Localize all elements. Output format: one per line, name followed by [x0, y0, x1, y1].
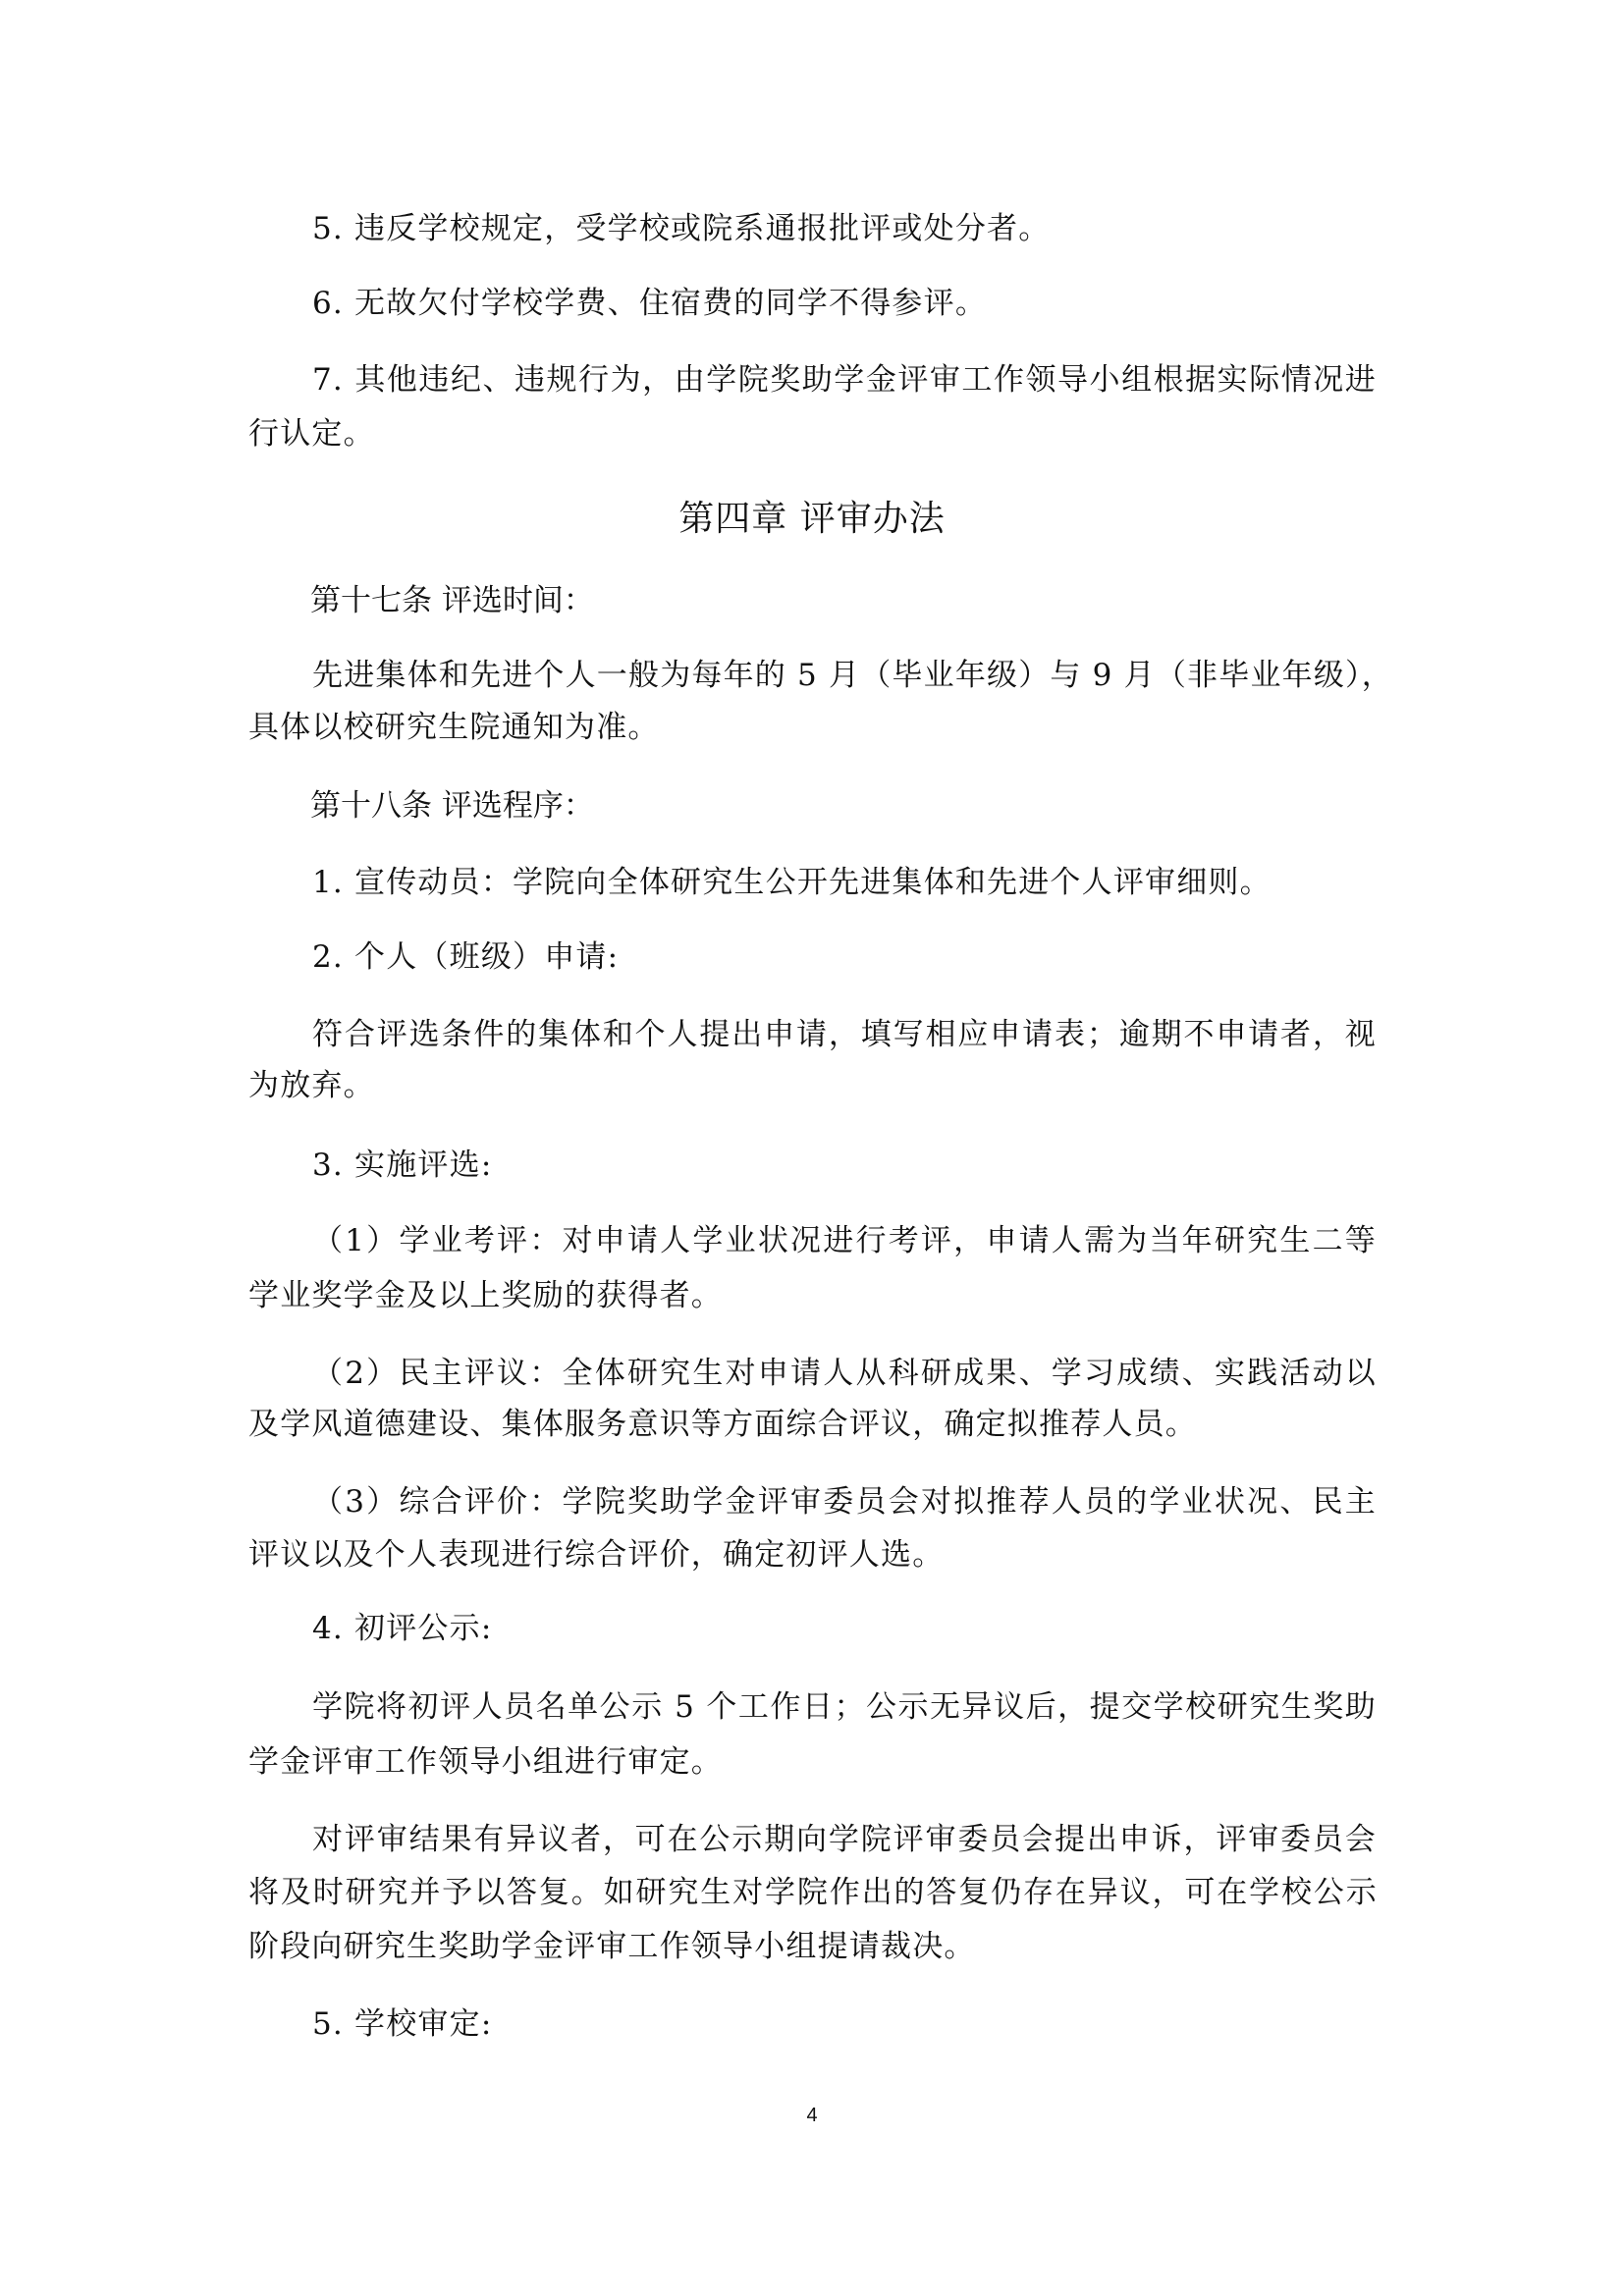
step-3-2-line-2: 及学风道德建设、集体服务意识等方面综合评议，确定拟推荐人员。 — [248, 1405, 1197, 1444]
step-3-1-line-1: （1）学业考评：对申请人学业状况进行考评，申请人需为当年研究生二等 — [312, 1221, 1377, 1260]
paragraph-item-7-line-1: 7. 其他违纪、违规行为，由学院奖助学金评审工作领导小组根据实际情况进 — [312, 360, 1377, 400]
chapter-title: 第四章 评审办法 — [0, 497, 1624, 542]
step-4: 4. 初评公示: — [312, 1609, 492, 1648]
step-3-3-line-2: 评议以及个人表现进行综合评价，确定初评人选。 — [248, 1535, 944, 1575]
step-5: 5. 学校审定: — [312, 2004, 492, 2044]
paragraph-item-5: 5. 违反学校规定，受学校或院系通报批评或处分者。 — [312, 209, 1050, 248]
article-18-title: 第十八条 评选程序： — [310, 786, 594, 826]
paragraph-item-7-line-2: 行认定。 — [248, 414, 375, 454]
step-3-3-line-1: （3）综合评价：学院奖助学金评审委员会对拟推荐人员的学业状况、民主 — [312, 1482, 1377, 1522]
step-4-body-2-line-3: 阶段向研究生奖助学金评审工作领导小组提请裁决。 — [248, 1927, 976, 1966]
step-3-2-line-1: （2）民主评议：全体研究生对申请人从科研成果、学习成绩、实践活动以 — [312, 1354, 1377, 1393]
step-3-1-line-2: 学业奖学金及以上奖励的获得者。 — [248, 1276, 723, 1315]
page-number: 4 — [0, 2103, 1624, 2128]
step-2-body-line-1: 符合评选条件的集体和个人提出申请，填写相应申请表；逾期不申请者，视 — [312, 1015, 1377, 1054]
document-page: 5. 违反学校规定，受学校或院系通报批评或处分者。 6. 无故欠付学校学费、住宿… — [0, 0, 1624, 2296]
article-17-title: 第十七条 评选时间： — [310, 581, 594, 620]
step-4-body-2-line-1: 对评审结果有异议者，可在公示期向学院评审委员会提出申诉，评审委员会 — [312, 1820, 1377, 1859]
step-2: 2. 个人（班级）申请: — [312, 937, 619, 977]
paragraph-item-6: 6. 无故欠付学校学费、住宿费的同学不得参评。 — [312, 284, 987, 323]
article-17-body-line-1: 先进集体和先进个人一般为每年的 5 月（毕业年级）与 9 月（非毕业年级）， — [312, 656, 1377, 695]
article-17-body-line-2: 具体以校研究生院通知为准。 — [248, 708, 660, 747]
step-1: 1. 宣传动员：学院向全体研究生公开先进集体和先进个人评审细则。 — [312, 863, 1272, 902]
step-4-body-2-line-2: 将及时研究并予以答复。如研究生对学院作出的答复仍存在异议，可在学校公示 — [248, 1873, 1378, 1912]
step-3: 3. 实施评选: — [312, 1146, 492, 1185]
step-4-body-1-line-2: 学金评审工作领导小组进行审定。 — [248, 1742, 723, 1782]
step-2-body-line-2: 为放弃。 — [248, 1066, 375, 1105]
step-4-body-1-line-1: 学院将初评人员名单公示 5 个工作日；公示无异议后，提交学校研究生奖助 — [312, 1687, 1377, 1727]
